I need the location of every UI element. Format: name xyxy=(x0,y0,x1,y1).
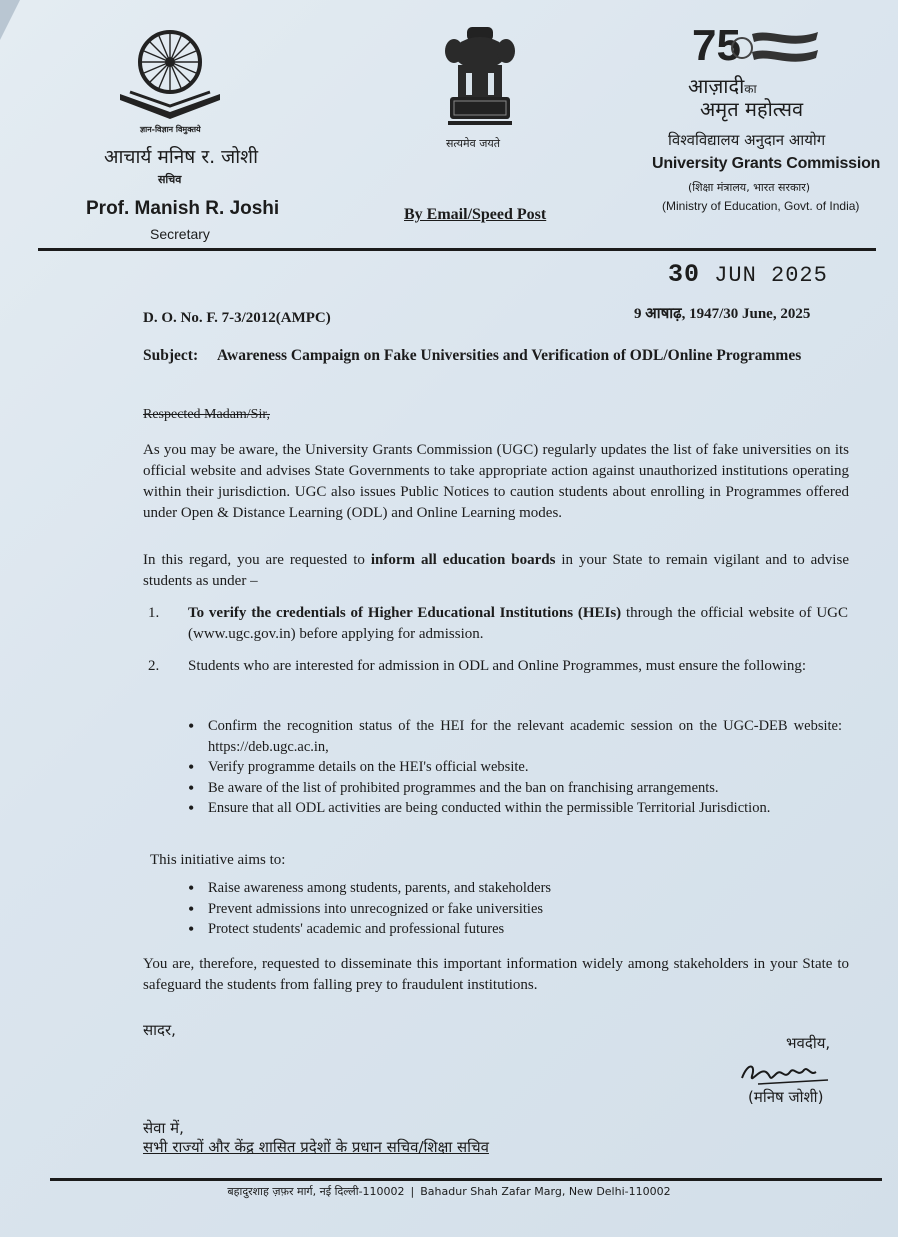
secretary-name: Prof. Manish R. Joshi xyxy=(86,198,279,220)
aims-label: This initiative aims to: xyxy=(150,852,285,869)
page-corner-shadow xyxy=(0,0,20,40)
subject-text: Awareness Campaign on Fake Universities … xyxy=(217,346,801,366)
logo-number: 75 xyxy=(692,21,741,70)
org-name-english: University Grants Commission xyxy=(652,155,880,173)
letter-date: 9 आषाढ़, 1947/30 June, 2025 xyxy=(634,303,810,323)
recipient-label: सेवा में, xyxy=(143,1118,184,1138)
list-item: Protect students' academic and professio… xyxy=(186,919,686,940)
ministry-english: (Ministry of Education, Govt. of India) xyxy=(662,199,859,213)
national-emblem-icon xyxy=(440,25,520,130)
date-stamp: 30 JUN 2025 xyxy=(668,260,828,289)
list-item: Confirm the recognition status of the HE… xyxy=(186,716,842,757)
subject-label: Subject: xyxy=(143,346,217,366)
recipient: सभी राज्यों और केंद्र शासित प्रदेशों के … xyxy=(143,1137,489,1157)
list-item: Verify programme details on the HEI's of… xyxy=(186,757,842,778)
list-item: Be aware of the list of prohibited progr… xyxy=(186,778,842,799)
aims-list: Raise awareness among students, parents,… xyxy=(186,878,686,940)
ugc-motto: ज्ञान-विज्ञान विमुक्तये xyxy=(140,124,201,135)
ministry-hindi: (शिक्षा मंत्रालय, भारत सरकार) xyxy=(688,180,810,195)
reference-number: D. O. No. F. 7-3/2012(AMPC) xyxy=(143,310,331,327)
header-divider xyxy=(38,248,876,251)
footer-divider xyxy=(50,1178,882,1181)
signer-name: (मनिष जोशी) xyxy=(748,1087,823,1107)
emblem-motto: सत्यमेव जयते xyxy=(446,136,500,151)
salutation: Respected Madam/Sir, xyxy=(143,407,270,423)
list-item: Ensure that all ODL activities are being… xyxy=(186,798,842,819)
azadi-75-logo-icon: 75 xyxy=(690,20,820,72)
secretary-title-hindi: सचिव xyxy=(158,172,181,187)
list-item: Prevent admissions into unrecognized or … xyxy=(186,899,686,920)
org-name-hindi: विश्वविद्यालय अनुदान आयोग xyxy=(668,130,825,150)
yours-faithfully: भवदीय, xyxy=(786,1033,830,1053)
closing-regards: सादर, xyxy=(143,1020,176,1040)
delivery-mode: By Email/Speed Post xyxy=(404,206,546,224)
list-item: Raise awareness among students, parents,… xyxy=(186,878,686,899)
numbered-item: 2. Students who are interested for admis… xyxy=(148,656,848,677)
ensure-list: Confirm the recognition status of the HE… xyxy=(186,716,842,819)
footer-address: बहादुरशाह ज़फ़र मार्ग, नई दिल्ली-110002|… xyxy=(0,1184,898,1199)
numbered-item: 1. To verify the credentials of Higher E… xyxy=(148,603,848,645)
signature-icon xyxy=(738,1058,830,1090)
request-paragraph: In this regard, you are requested to inf… xyxy=(143,550,849,592)
ugc-logo-icon xyxy=(115,22,225,127)
intro-paragraph: As you may be aware, the University Gran… xyxy=(143,440,849,524)
secretary-title: Secretary xyxy=(150,226,210,242)
campaign-line-2: अमृत महोत्सव xyxy=(700,95,803,122)
closing-paragraph: You are, therefore, requested to dissemi… xyxy=(143,954,849,996)
secretary-name-hindi: आचार्य मनिष र. जोशी xyxy=(104,143,258,169)
subject-line: Subject: Awareness Campaign on Fake Univ… xyxy=(143,346,849,366)
